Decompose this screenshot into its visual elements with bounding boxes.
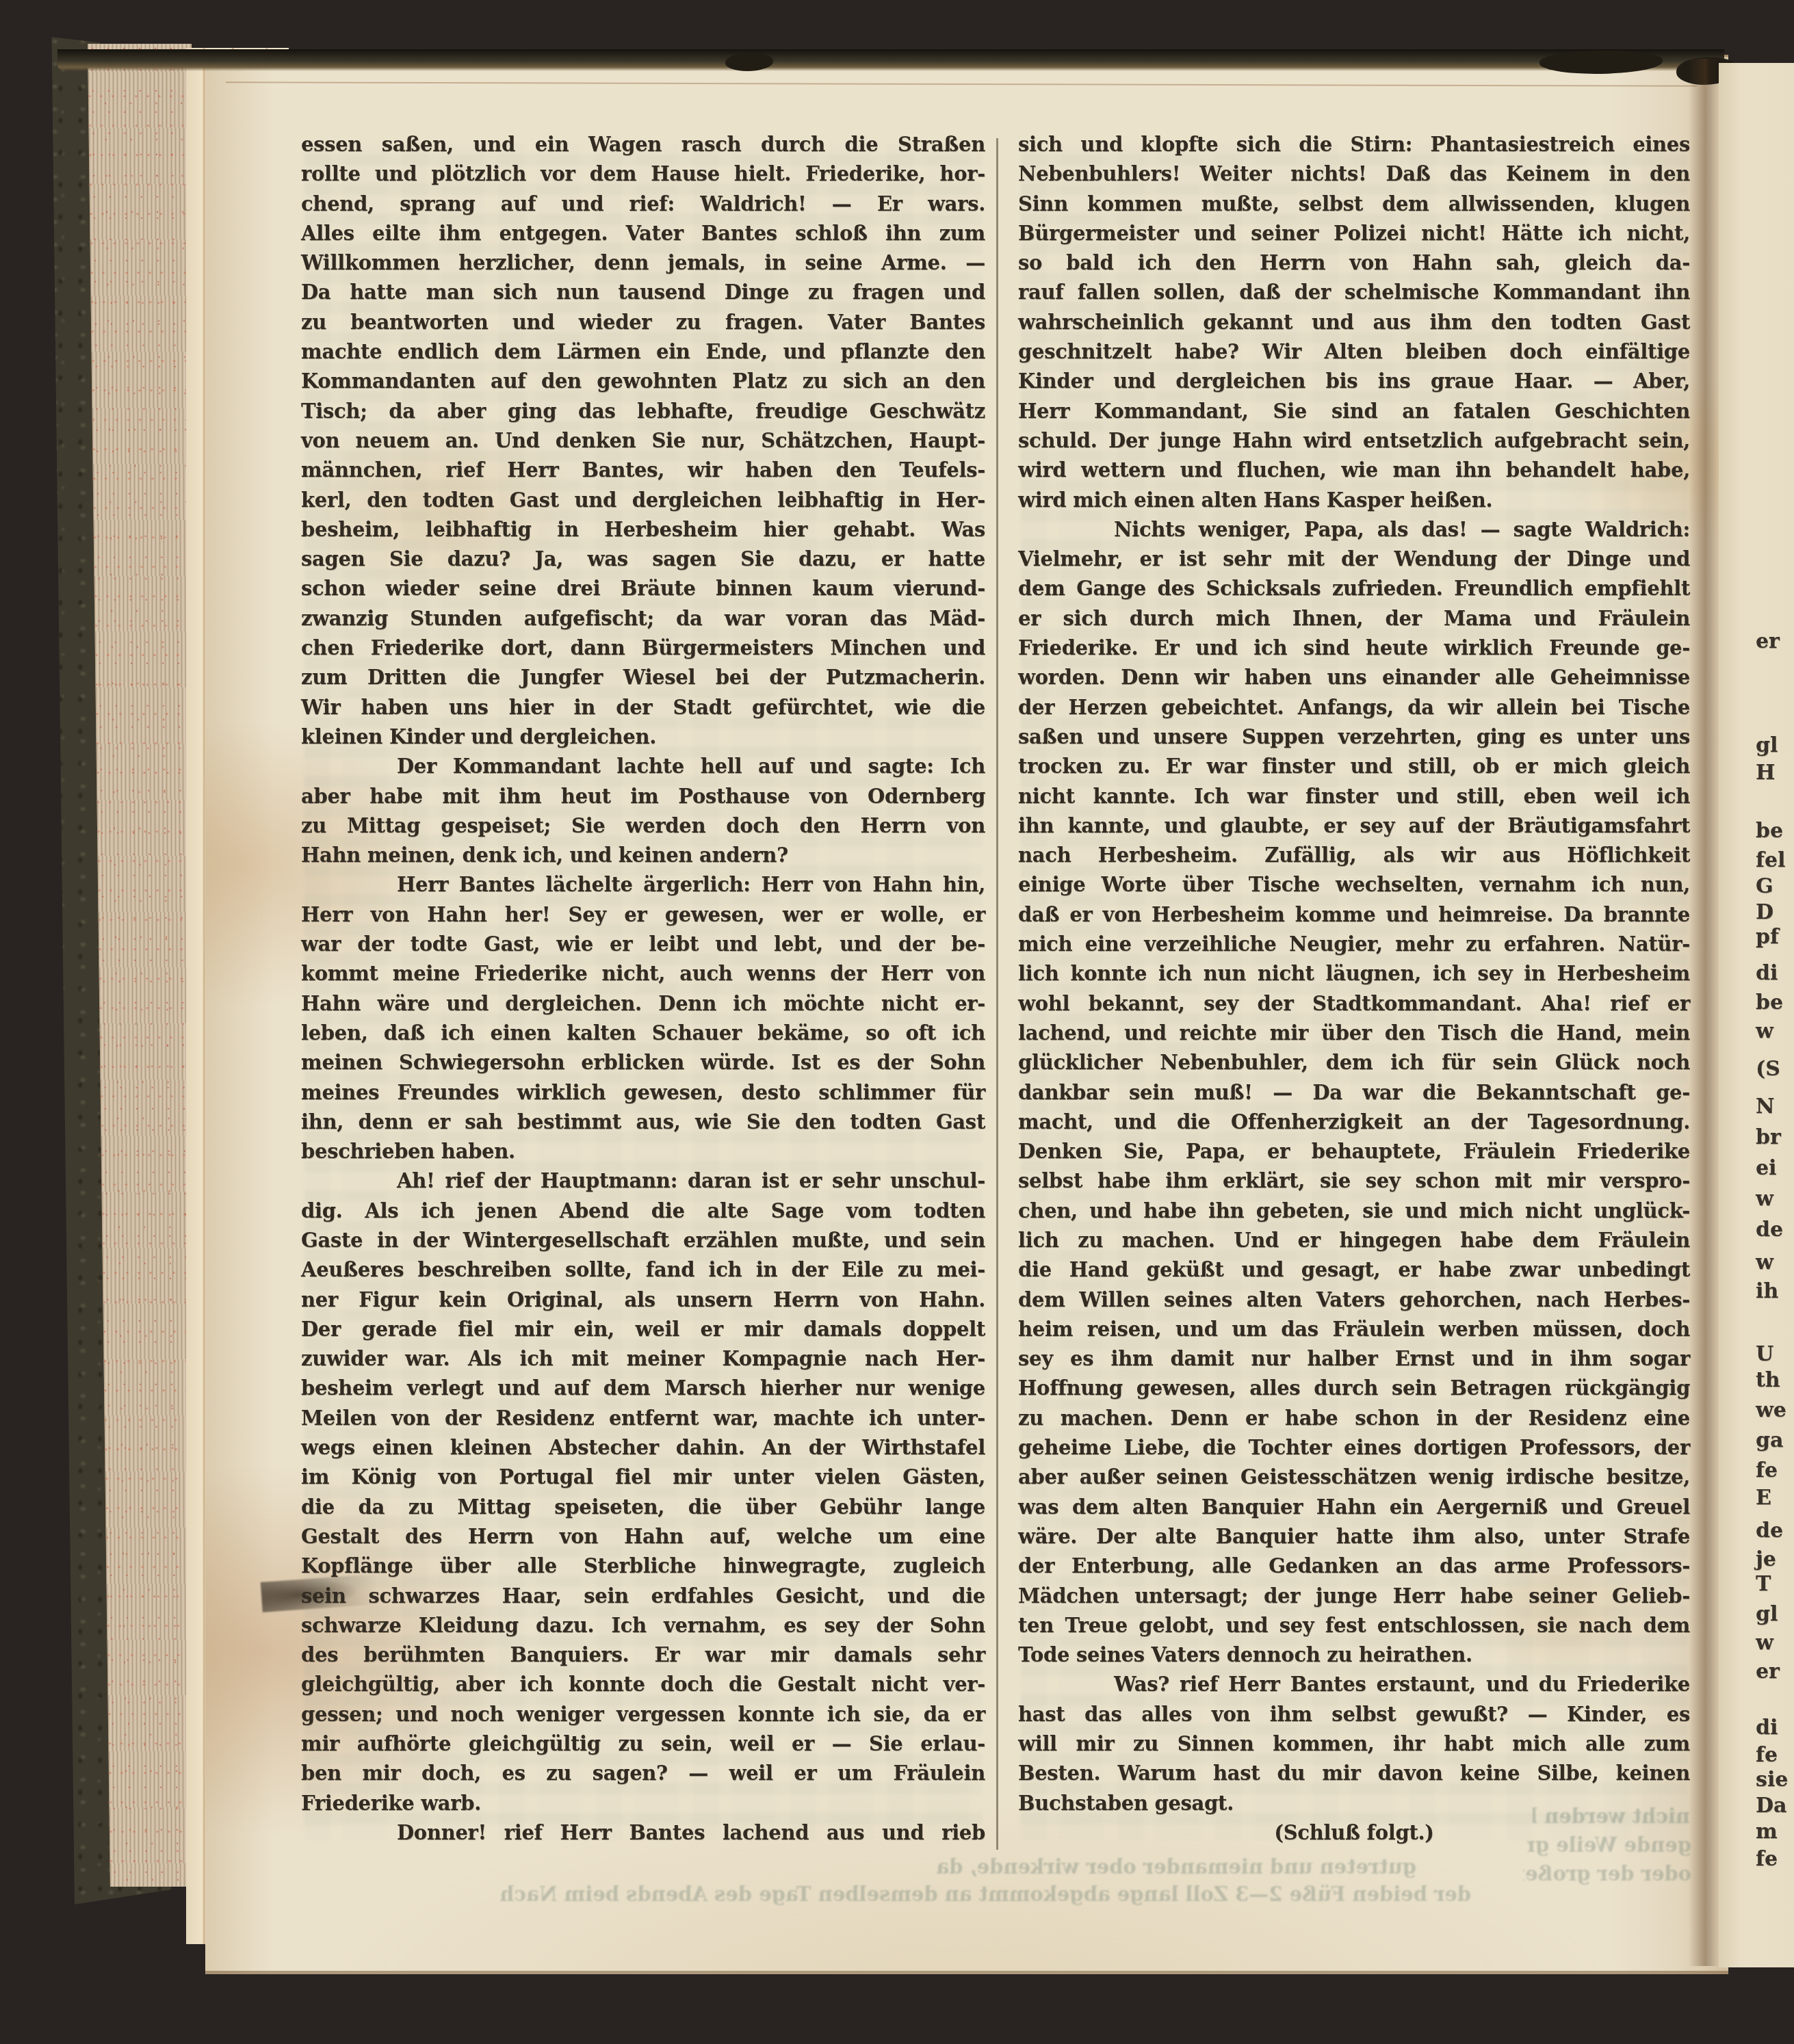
text-line: rauf fallen sollen, daß der schelmische … (1018, 278, 1690, 307)
text-line: chend, sprang auf und rief: Waldrich! — … (301, 189, 985, 219)
facing-page-text-fragment: (S (1756, 1057, 1780, 1081)
text-line: Gestalt des Herrn von Hahn auf, welche u… (301, 1522, 985, 1551)
text-line: wegs einen kleinen Abstecher dahin. An d… (301, 1433, 985, 1463)
text-line: wahrscheinlich gekannt und aus ihm den t… (1018, 308, 1690, 337)
facing-page-text-fragment: N (1756, 1095, 1774, 1118)
text-line: wäre. Der alte Banquier hatte ihm also, … (1018, 1522, 1690, 1551)
text-line: Alles eilte ihm entgegen. Vater Bantes s… (301, 219, 985, 248)
text-line: der Enterbung, alle Gedanken an das arme… (1018, 1551, 1690, 1581)
text-line: ten Treue gelobt, und sey fest entschlos… (1018, 1611, 1690, 1640)
text-line: einige Worte über Tische wechselten, ver… (1018, 870, 1690, 900)
facing-page-text-fragment: je (1756, 1547, 1776, 1571)
text-line: geheime Liebe, die Tochter eines dortige… (1018, 1433, 1690, 1463)
text-line: was dem alten Banquier Hahn ein Aergerni… (1018, 1493, 1690, 1522)
text-line: des berühmten Banquiers. Er war mir dama… (301, 1640, 985, 1670)
facing-page-text-fragment: er (1756, 1660, 1780, 1683)
text-line: meinen Schwiegersohn erblicken würde. Is… (301, 1048, 985, 1077)
text-line: ben mir doch, es zu sagen? — weil er um … (301, 1759, 985, 1788)
text-line: Da hatte man sich nun tausend Dinge zu f… (301, 278, 985, 307)
facing-page-text-fragment: pf (1756, 925, 1779, 949)
text-line: wohl bekannt, sey der Stadtkommandant. A… (1018, 989, 1690, 1019)
text-line: Ah! rief der Hauptmann: daran ist er seh… (301, 1166, 985, 1196)
text-line: zu machen. Denn er habe schon in der Res… (1018, 1404, 1690, 1433)
text-line: chen, und habe ihn gebeten, sie und mich… (1018, 1196, 1690, 1226)
facing-page-text-fragment: fe (1756, 1458, 1778, 1482)
facing-page-text-fragment: be (1756, 991, 1783, 1014)
top-worn-edge (57, 49, 1724, 71)
text-line: kleinen Kinder und dergleichen. (301, 722, 985, 752)
text-line: lich zu machen. Und er hingegen habe dem… (1018, 1226, 1690, 1255)
facing-page-text-fragment: we (1756, 1398, 1786, 1422)
text-line: Kommandanten auf den gewohnten Platz zu … (301, 367, 985, 396)
facing-page-text-fragment: E (1756, 1486, 1771, 1510)
text-line: Friederike. Er und ich sind heute wirkli… (1018, 633, 1690, 663)
text-line: saßen und unsere Suppen verzehrten, ging… (1018, 722, 1690, 752)
text-line: Herr von Hahn her! Sey er gewesen, wer e… (301, 900, 985, 930)
text-line: ihn kannte, und glaubte, er sey auf der … (1018, 811, 1690, 841)
text-line: Kinder und dergleichen bis ins graue Haa… (1018, 367, 1690, 396)
facing-page-text-fragment: fel (1756, 848, 1785, 872)
text-line: Gaste in der Wintergesellschaft erzählen… (301, 1226, 985, 1255)
text-line: heim reisen, und um das Fräulein werben … (1018, 1315, 1690, 1344)
text-line: ihn, denn er sah bestimmt aus, wie Sie d… (301, 1108, 985, 1137)
facing-page-text-fragment: er (1756, 629, 1780, 653)
text-line: wird mich einen alten Hans Kasper heißen… (1018, 486, 1690, 515)
text-line: Herr Bantes lächelte ärgerlich: Herr von… (301, 870, 985, 900)
text-line: von neuem an. Und denken Sie nur, Schätz… (301, 426, 985, 456)
text-line: sich und klopfte sich die Stirn: Phantas… (1018, 130, 1690, 159)
text-line: lich konnte ich nun nicht läugnen, ich s… (1018, 959, 1690, 988)
text-line: Sinn kommen mußte, selbst dem allwissend… (1018, 189, 1690, 219)
facing-page-text-fragment: ih (1756, 1279, 1778, 1303)
text-line: Der gerade fiel mir ein, weil er mir dam… (301, 1315, 985, 1344)
text-line: Kopflänge über alle Sterbliche hinwegrag… (301, 1551, 985, 1581)
text-line: rollte und plötzlich vor dem Hause hielt… (301, 159, 985, 189)
text-line: sey es ihm damit nur halber Ernst und in… (1018, 1344, 1690, 1374)
text-line: Denken Sie, Papa, er behauptete, Fräulei… (1018, 1137, 1690, 1166)
ghost-line: nicht werden be (1533, 1805, 1690, 1828)
text-line: zu Mittag gespeiset; Sie werden doch den… (301, 811, 985, 841)
facing-page-text-fragment: di (1756, 1716, 1778, 1740)
text-line: dankbar sein muß! — Da war die Bekanntsc… (1018, 1078, 1690, 1108)
text-line: Donner! rief Herr Bantes lachend aus und… (301, 1818, 985, 1848)
facing-page-text-fragment: m (1756, 1820, 1778, 1844)
facing-page-text-fragment: w (1756, 1019, 1773, 1043)
text-line: Hahn meinen, denk ich, und keinen andern… (301, 841, 985, 870)
facing-page-text-fragment: T (1756, 1572, 1771, 1596)
text-line: ner Figur kein Original, als unsern Herr… (301, 1285, 985, 1315)
text-line: trocken zu. Er war finster und still, ob… (1018, 752, 1690, 781)
text-line: leben, daß ich einen kalten Schauer bekä… (301, 1019, 985, 1048)
ghost-line: gutreten und niemander ober wirkende, da (383, 1855, 1416, 1878)
facing-page-text-fragment: ga (1756, 1428, 1783, 1452)
facing-page-text-fragment: D (1756, 900, 1773, 924)
facing-page-text-fragment: br (1756, 1125, 1781, 1149)
facing-page-text-fragment: di (1756, 961, 1778, 985)
text-line: glücklicher Nebenbuhler, dem ich für sei… (1018, 1048, 1690, 1077)
text-line: Tisch; da aber ging das lebhafte, freudi… (301, 397, 985, 426)
text-line: dig. Als ich jenen Abend die alte Sage v… (301, 1196, 985, 1226)
facing-page-text-fragment: w (1756, 1187, 1773, 1211)
text-line: besheim verlegt und auf dem Marsch hierh… (301, 1374, 985, 1403)
text-line: Hahn wäre und dergleichen. Denn ich möch… (301, 989, 985, 1019)
text-line: mich eine verzeihliche Neugier, mehr zu … (1018, 930, 1690, 959)
ghost-line: der beiden Füße 2—3 Zoll lange abgekommt… (322, 1883, 1471, 1906)
gutter-crease (1689, 59, 1719, 1966)
text-line: sagen Sie dazu? Ja, was sagen Sie dazu, … (301, 545, 985, 574)
text-line: beschrieben haben. (301, 1137, 985, 1166)
text-line: zu beantworten und wieder zu fragen. Vat… (301, 308, 985, 337)
text-line: Aeußeres beschreiben sollte, fand ich in… (301, 1255, 985, 1285)
text-line: aber habe mit ihm heut im Posthause von … (301, 782, 985, 811)
ghost-line: oder der großen Ze (1523, 1862, 1691, 1885)
text-line: Hoffnung gewesen, alles durch sein Betra… (1018, 1374, 1690, 1403)
facing-page-text-fragment: de (1756, 1218, 1783, 1242)
text-line: kommt meine Friederike nicht, auch wenns… (301, 959, 985, 988)
text-line: nicht kannte. Ich war finster und still,… (1018, 782, 1690, 811)
text-line: chen Friederike dort, dann Bürgermeister… (301, 633, 985, 663)
text-line: die da zu Mittag speiseten, die über Geb… (301, 1493, 985, 1522)
text-line: Friederike warb. (301, 1789, 985, 1818)
facing-page-text-fragment: U (1756, 1342, 1773, 1366)
text-line: er sich durch mich Ihnen, der Mama und F… (1018, 604, 1690, 633)
text-line: Meilen von der Residenz entfernt war, ma… (301, 1404, 985, 1433)
facing-page-text-fragment: H (1756, 761, 1775, 785)
text-line: Vielmehr, er ist sehr mit der Wendung de… (1018, 545, 1690, 574)
text-line: schuld. Der junge Hahn wird entsetzlich … (1018, 426, 1690, 456)
text-line: schon wieder seine drei Bräute binnen ka… (301, 574, 985, 603)
text-line: dem Willen seines alten Vaters gehorchen… (1018, 1285, 1690, 1315)
facing-page-text-fragment: w (1756, 1631, 1773, 1655)
facing-page-text-fragment: G (1756, 874, 1773, 898)
text-line: aber außer seinen Geistesschätzen wenig … (1018, 1463, 1690, 1492)
text-line: Besten. Warum hast du mir davon keine Si… (1018, 1759, 1690, 1788)
text-line: kerl, den todten Gast und dergleichen le… (301, 486, 985, 515)
book-scan: essen saßen, und ein Wagen rasch durch d… (0, 0, 1794, 2044)
facing-page-text-fragment: gl (1756, 1602, 1778, 1626)
text-line: gleichgültig, aber ich konnte doch die G… (301, 1670, 985, 1699)
facing-page-text-fragment: fe (1756, 1743, 1778, 1767)
text-line: Willkommen herzlicher, denn jemals, in s… (301, 248, 985, 278)
text-line: geschnitzelt habe? Wir Alten bleiben doc… (1018, 337, 1690, 367)
facing-page-text-fragment: sie (1756, 1768, 1788, 1792)
ghost-line: gende Weile grimmi (1527, 1833, 1691, 1857)
text-line: Der Kommandant lachte hell auf und sagte… (301, 752, 985, 781)
text-line: dem Gange des Schicksals zufrieden. Freu… (1018, 574, 1690, 603)
text-line: Nichts weniger, Papa, als das! — sagte W… (1018, 515, 1690, 545)
left-text-column: essen saßen, und ein Wagen rasch durch d… (301, 130, 985, 1848)
text-line: war der todte Gast, wie er leibt und leb… (301, 930, 985, 959)
text-line: daß er von Herbesheim komme und heimreis… (1018, 900, 1690, 930)
text-line: gessen; und noch weniger vergessen konnt… (301, 1700, 985, 1729)
text-line: hast das alles von ihm selbst gewußt? — … (1018, 1700, 1690, 1729)
facing-page-text-fragment: Da (1756, 1794, 1786, 1818)
text-line: der Herzen gebeichtet. Anfangs, da wir a… (1018, 693, 1690, 722)
text-line: meines Freundes wirklich gewesen, desto … (301, 1078, 985, 1108)
facing-page-text-fragment: w (1756, 1250, 1773, 1274)
text-line: schwarze Kleidung dazu. Ich vernahm, es … (301, 1611, 985, 1640)
text-line: machte endlich dem Lärmen ein Ende, und … (301, 337, 985, 367)
text-line: Was? rief Herr Bantes erstaunt, und du F… (1018, 1670, 1690, 1699)
text-line: so bald ich den Herrn von Hahn sah, glei… (1018, 248, 1690, 278)
text-line: macht, und die Offenherzigkeit an der Ta… (1018, 1108, 1690, 1137)
text-line: essen saßen, und ein Wagen rasch durch d… (301, 130, 985, 159)
text-line: lachend, und reichte mir über den Tisch … (1018, 1019, 1690, 1048)
text-line: Wir haben uns hier in der Stadt gefürcht… (301, 693, 985, 722)
text-line: will mir zu Sinnen kommen, ihr habt mich… (1018, 1729, 1690, 1759)
facing-page-text-fragment: be (1756, 819, 1783, 843)
text-line: im König von Portugal fiel mir unter vie… (301, 1463, 985, 1492)
column-divider-rule (996, 138, 998, 1850)
facing-page-text-fragment: ei (1756, 1156, 1776, 1180)
text-line: Herr Kommandant, Sie sind an fatalen Ges… (1018, 397, 1690, 426)
facing-page-text-fragment: de (1756, 1519, 1783, 1543)
text-line: nach Herbesheim. Zufällig, als wir aus H… (1018, 841, 1690, 870)
text-line: zwanzig Stunden aufgefischt; da war vora… (301, 604, 985, 633)
text-line: männchen, rief Herr Bantes, wir haben de… (301, 456, 985, 485)
text-line: Mädchen untersagt; der junge Herr habe s… (1018, 1582, 1690, 1611)
text-line: zum Dritten die Jungfer Wiesel bei der P… (301, 663, 985, 692)
text-line: wird wettern und fluchen, wie man ihn be… (1018, 456, 1690, 485)
facing-page-text-fragment: fe (1756, 1847, 1778, 1871)
text-line: besheim, leibhaftig in Herbesheim hier g… (301, 515, 985, 545)
text-line: zuwider war. Als ich mit meiner Kompagni… (301, 1344, 985, 1374)
text-line: die Hand geküßt und gesagt, er habe zwar… (1018, 1255, 1690, 1285)
right-text-column: sich und klopfte sich die Stirn: Phantas… (1018, 130, 1690, 1848)
text-line: Nebenbuhlers! Weiter nichts! Daß das Kei… (1018, 159, 1690, 189)
text-line: Bürgermeister und seiner Polizei nicht! … (1018, 219, 1690, 248)
facing-page-text-fragment: gl (1756, 733, 1778, 757)
facing-page-text-fragment: th (1756, 1368, 1780, 1392)
text-line: worden. Denn wir haben uns einander alle… (1018, 663, 1690, 692)
text-line: mir aufhörte gleichgültig zu sein, weil … (301, 1729, 985, 1759)
text-line: selbst habe ihm erklärt, sie sey schon m… (1018, 1166, 1690, 1196)
text-line: Tode seines Vaters dennoch zu heirathen. (1018, 1640, 1690, 1670)
text-line: sein schwarzes Haar, sein erdfahles Gesi… (301, 1582, 985, 1611)
